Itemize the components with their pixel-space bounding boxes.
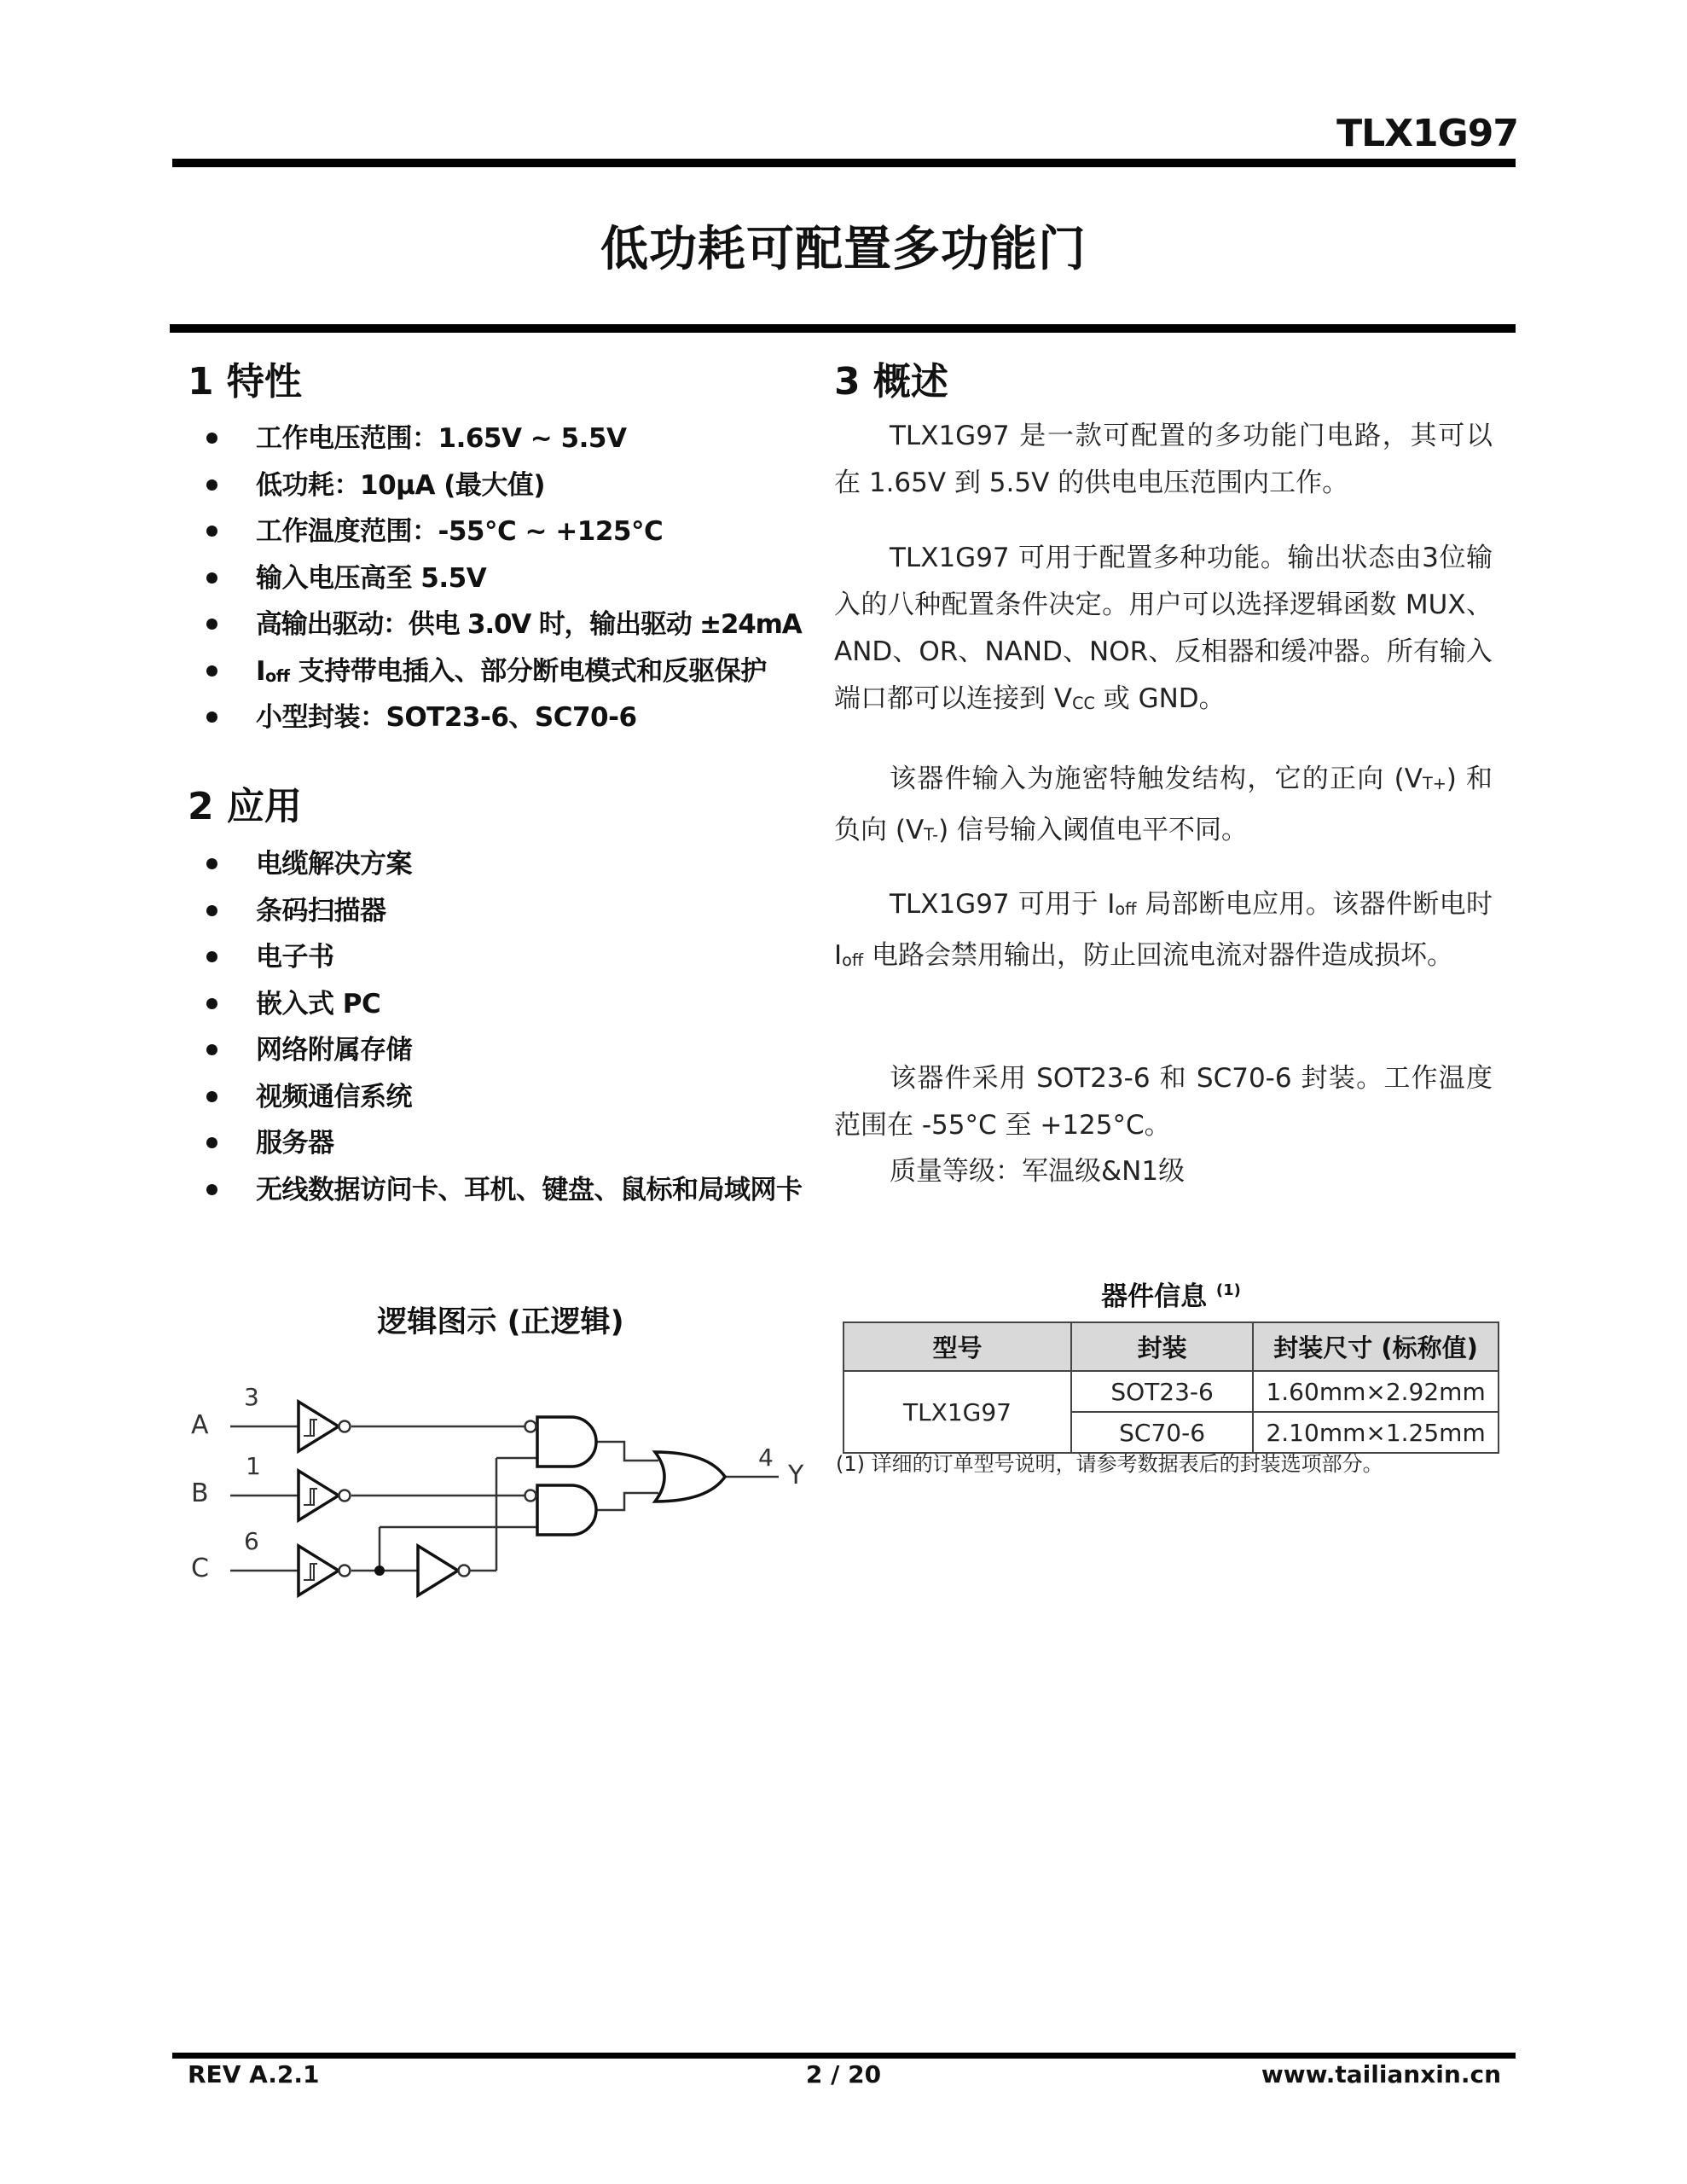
application-item: 电缆解决方案 (205, 841, 819, 887)
column-header: 封装尺寸 (标称值) (1253, 1322, 1499, 1371)
bullet-icon (206, 998, 217, 1009)
overview-paragraph-3: 该器件输入为施密特触发结构，它的正向 (VT+) 和负向 (VT-) 信号输入阈… (834, 756, 1493, 858)
application-item: 嵌入式 PC (205, 981, 819, 1027)
feature-item: 高输出驱动：供电 3.0V 时，输出驱动 ±24mA (205, 601, 819, 648)
title-rule (170, 324, 1516, 333)
logic-diagram-title: 逻辑图示 (正逻辑) (189, 1301, 812, 1344)
bullet-icon (206, 1137, 217, 1148)
applications-heading: 2 应用 (188, 783, 302, 831)
feature-item: 输入电压高至 5.5V (205, 555, 819, 601)
bullet-icon (206, 1091, 217, 1102)
application-item: 条码扫描器 (205, 888, 819, 934)
input-label-b: B (191, 1478, 209, 1508)
feature-item: 工作电压范围：1.65V ~ 5.5V (205, 415, 819, 462)
bullet-icon (206, 526, 217, 537)
pin-label-b: 1 (246, 1452, 261, 1480)
and-gate-2 (537, 1485, 596, 1535)
footer-rule (172, 2053, 1516, 2059)
device-info-table: 型号 封装 封装尺寸 (标称值) TLX1G97 SOT23-6 1.60mm×… (843, 1321, 1499, 1454)
features-heading: 1 特性 (188, 358, 302, 406)
overview-paragraph-5: 该器件采用 SOT23-6 和 SC70-6 封装。工作温度范围在 -55°C … (834, 1055, 1493, 1149)
bullet-icon (206, 619, 217, 630)
input-label-c: C (191, 1554, 209, 1583)
schmitt-inverter-b (299, 1471, 339, 1520)
overview-heading: 3 概述 (834, 358, 948, 406)
package-cell: SOT23-6 (1071, 1371, 1253, 1412)
overview-paragraph-1: TLX1G97 是一款可配置的多功能门电路，其可以在 1.65V 到 5.5V … (834, 413, 1493, 507)
schmitt-inverter-c (299, 1546, 339, 1595)
input-label-a: A (191, 1410, 209, 1440)
output-pin-label: 4 (758, 1443, 774, 1472)
size-cell: 1.60mm×2.92mm (1253, 1371, 1499, 1412)
feature-item: 低功耗：10μA (最大值) (205, 462, 819, 508)
bullet-icon (206, 1044, 217, 1055)
bullet-icon (206, 712, 217, 723)
junction-dot (374, 1565, 385, 1576)
or-gate (655, 1452, 725, 1501)
pin-label-a: 3 (244, 1383, 259, 1411)
quality-grade: 质量等级：军温级&N1级 (834, 1148, 1493, 1195)
and-gate-1 (537, 1417, 596, 1467)
column-header: 型号 (843, 1322, 1071, 1371)
table-header-row: 型号 封装 封装尺寸 (标称值) (843, 1322, 1499, 1371)
application-item: 网络附属存储 (205, 1027, 819, 1073)
application-item: 视频通信系统 (205, 1074, 819, 1120)
application-item: 服务器 (205, 1120, 819, 1166)
column-header: 封装 (1071, 1322, 1253, 1371)
schmitt-inverter-a (299, 1402, 339, 1451)
table-footnote: (1) 详细的订单型号说明，请参考数据表后的封装选项部分。 (836, 1447, 1383, 1481)
table-row: TLX1G97 SOT23-6 1.60mm×2.92mm (843, 1371, 1499, 1412)
website-link[interactable]: www.tailianxin.cn (1261, 2059, 1501, 2090)
bullet-icon (206, 665, 217, 677)
header-rule (172, 159, 1516, 167)
document-title: 低功耗可配置多功能门 (0, 220, 1687, 280)
bullet-icon (206, 1184, 217, 1195)
bullet-icon (206, 479, 217, 491)
feature-item: 工作温度范围：-55°C ~ +125°C (205, 508, 819, 555)
feature-item: Ioff 支持带电插入、部分断电模式和反驱保护 (205, 648, 819, 694)
bullet-icon (206, 858, 217, 869)
part-number-header: TLX1G97 (1336, 113, 1518, 155)
overview-paragraph-4: TLX1G97 可用于 Ioff 局部断电应用。该器件断电时 Ioff 电路会禁… (834, 881, 1493, 984)
pin-label-c: 6 (244, 1527, 259, 1555)
output-label-y: Y (788, 1461, 803, 1490)
feature-item: 小型封装：SOT23-6、SC70-6 (205, 694, 819, 741)
bullet-icon (206, 951, 217, 962)
overview-paragraph-2: TLX1G97 可用于配置多种功能。输出状态由3位输入的八种配置条件决定。用户可… (834, 535, 1493, 727)
part-number-cell: TLX1G97 (843, 1371, 1071, 1453)
inverter (418, 1546, 458, 1595)
application-item: 电子书 (205, 934, 819, 980)
application-item: 无线数据访问卡、耳机、键盘、鼠标和局域网卡 (205, 1167, 819, 1259)
bullet-icon (206, 572, 217, 584)
bullet-icon (206, 433, 217, 444)
bullet-icon (206, 905, 217, 916)
device-info-title: 器件信息 (1) (843, 1271, 1499, 1316)
